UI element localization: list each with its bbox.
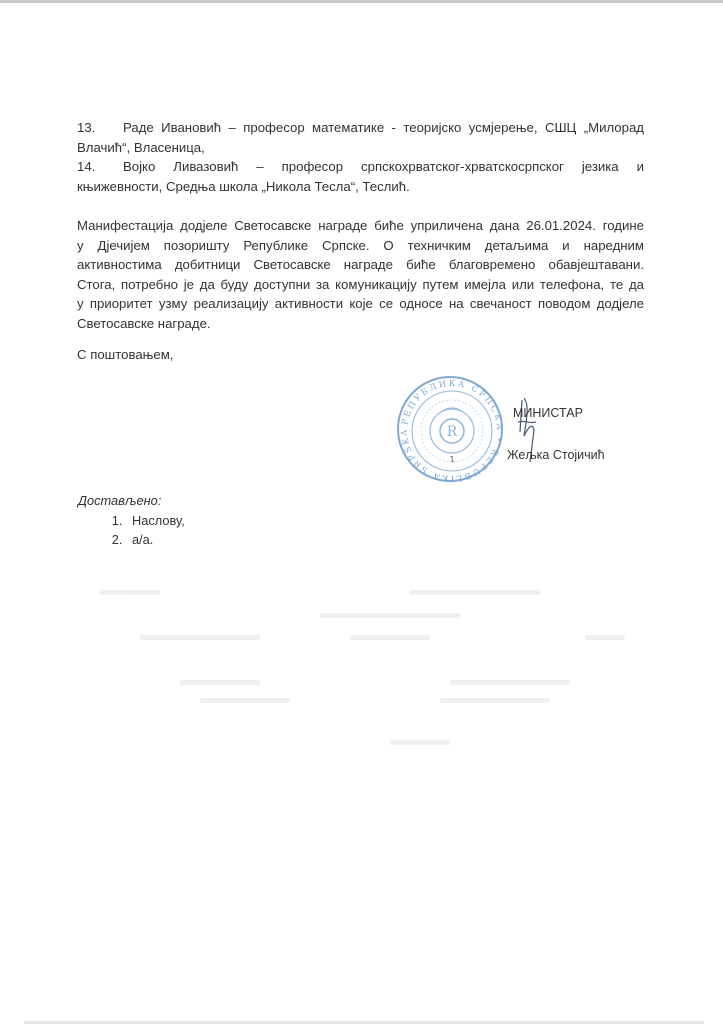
document-page: 13.Раде Ивановић – професор математике -… bbox=[0, 0, 723, 1024]
paragraph-line: у приоритет узму реализацију активности … bbox=[77, 294, 644, 314]
delivered-item: Наслову, bbox=[126, 512, 185, 531]
list-item: 13.Раде Ивановић – професор математике -… bbox=[77, 118, 644, 157]
body-paragraph: Манифестација додјеле Светосавске наград… bbox=[77, 216, 644, 333]
paragraph-line: Стога, потребно је да буду доступни за к… bbox=[77, 275, 644, 295]
paragraph-line: Манифестација додјеле Светосавске наград… bbox=[77, 216, 644, 236]
list-item-text: Војко Ливазовић – професор српскохрватск… bbox=[123, 159, 644, 174]
official-stamp-icon: R 1 РЕПУБЛИКА СРПСКА • REPUBLIKA SRPSKA … bbox=[397, 376, 503, 482]
list-item-number: 14. bbox=[77, 157, 123, 177]
delivered-item: а/а. bbox=[126, 531, 185, 550]
list-item-text: Раде Ивановић – професор математике - те… bbox=[123, 120, 644, 135]
svg-text:1: 1 bbox=[449, 455, 454, 464]
signatory-name: Жељка Стојичић bbox=[507, 448, 605, 462]
paragraph-line: у Дјечијем позоришту Републике Српске. О… bbox=[77, 236, 644, 256]
awardee-list: 13.Раде Ивановић – професор математике -… bbox=[77, 118, 644, 196]
svg-text:R: R bbox=[447, 424, 458, 440]
delivered-list: Наслову, а/а. bbox=[78, 512, 185, 549]
closing-salutation: С поштовањем, bbox=[77, 345, 644, 365]
list-item-text-continued: Влачић“, Власеница, bbox=[77, 138, 644, 158]
reverse-side-show-through bbox=[80, 580, 640, 780]
signatory-title: МИНИСТАР bbox=[513, 406, 583, 420]
list-item-number: 13. bbox=[77, 118, 123, 138]
list-item: 14.Војко Ливазовић – професор српскохрва… bbox=[77, 157, 644, 196]
paragraph-line: активностима добитници Светосавске награ… bbox=[77, 255, 644, 275]
delivered-label: Достављено: bbox=[78, 493, 185, 508]
paragraph-line: Светосавске награде. bbox=[77, 314, 644, 334]
list-item-text-continued: књижевности, Средња школа „Никола Тесла“… bbox=[77, 177, 644, 197]
delivered-section: Достављено: Наслову, а/а. bbox=[78, 493, 185, 549]
